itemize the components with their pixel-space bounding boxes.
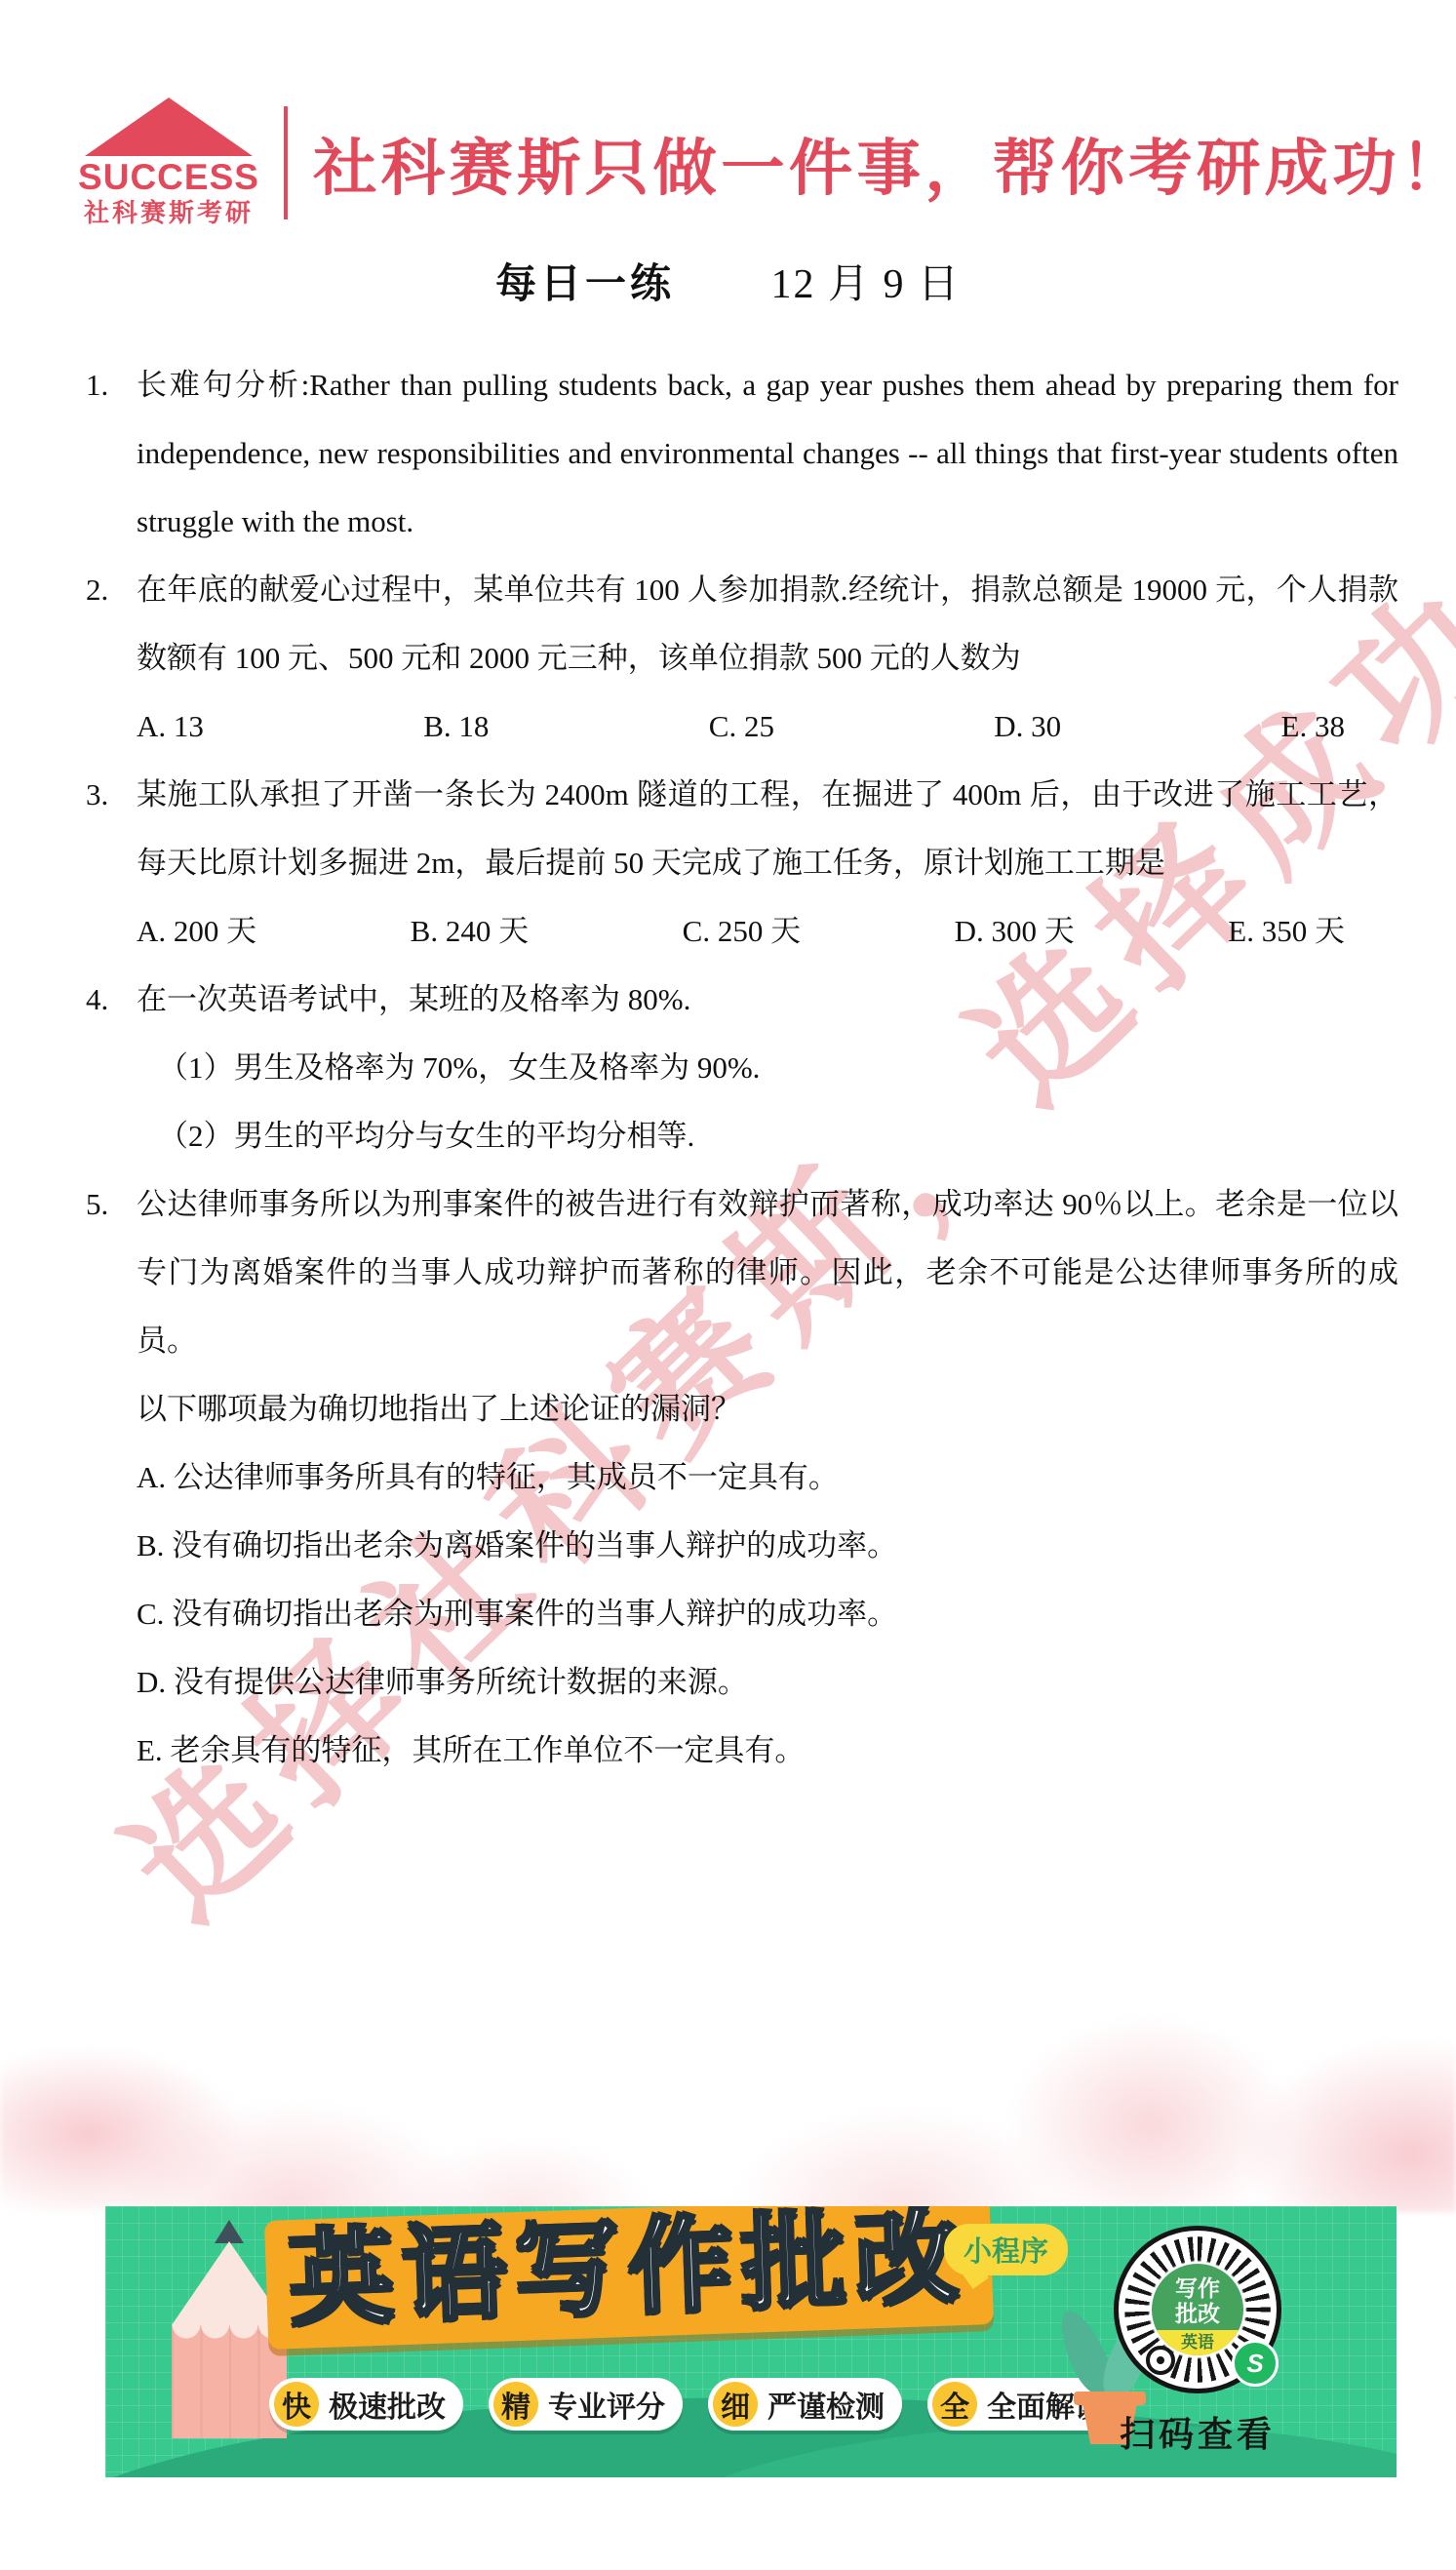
qr-center-label: 写作 批改 英语 <box>1152 2264 1243 2355</box>
scan-hint: 扫码查看 <box>1110 2407 1285 2457</box>
option-d: D. 300 天 <box>955 897 1075 966</box>
mini-program-tag: 小程序 <box>944 2224 1068 2275</box>
feature-label: 严谨检测 <box>767 2383 885 2426</box>
questions-section: 1. 长难句分析:Rather than pulling students ba… <box>86 351 1398 1785</box>
sub-condition-2: （2）男生的平均分与女生的平均分相等. <box>137 1102 1398 1170</box>
option-d: D. 30 <box>994 692 1061 761</box>
feature-label: 极速批改 <box>329 2383 446 2426</box>
roof-icon <box>85 98 253 156</box>
feature-icon: 精 <box>493 2382 538 2427</box>
question-1: 1. 长难句分析:Rather than pulling students ba… <box>86 351 1398 556</box>
question-text: 某施工队承担了开凿一条长为 2400m 隧道的工程，在掘进了 400m 后，由于… <box>137 761 1398 897</box>
feature-label: 专业评分 <box>548 2383 665 2426</box>
question-number: 3. <box>86 761 137 966</box>
question-text: 在年底的献爱心过程中，某单位共有 100 人参加捐款.经统计，捐款总额是 190… <box>137 556 1398 692</box>
banner-title-text: 英语写作批改 <box>288 2206 970 2338</box>
page-title-date: 12 月 9 日 <box>771 262 962 307</box>
qr-code-block: 写作 批改 英语 S 扫码查看 <box>1110 2226 1285 2457</box>
brand-subtitle: 社科赛斯考研 <box>73 197 264 228</box>
mini-program-logo-icon: S <box>1232 2340 1279 2387</box>
option-e: E. 350 天 <box>1228 897 1345 966</box>
option-e: E. 38 <box>1281 692 1345 761</box>
sub-condition-1: （1）男生及格率为 70%，女生及格率为 90%. <box>137 1034 1398 1102</box>
option-a: A. 200 天 <box>137 897 256 966</box>
watercolor-splash-decoration <box>0 2017 1456 2212</box>
promo-banner: 英语写作批改 小程序 快 极速批改 精 专业评分 细 严谨检测 全 全面解读 <box>105 2206 1397 2477</box>
qr-eye-icon <box>1146 2346 1175 2375</box>
feature-badge-speed: 快 极速批改 <box>269 2378 463 2431</box>
question-text: 在一次英语考试中，某班的及格率为 80%. <box>137 966 1398 1034</box>
feature-badge-precision: 精 专业评分 <box>489 2378 683 2431</box>
page-title: 每日一练 12 月 9 日 <box>0 252 1456 310</box>
question-number: 5. <box>86 1170 137 1785</box>
option-a: A. 公达律师事务所具有的特征，其成员不一定具有。 <box>137 1443 1398 1512</box>
qr-code: 写作 批改 英语 S <box>1114 2226 1281 2393</box>
option-a: A. 13 <box>137 692 204 761</box>
option-e: E. 老余具有的特征，其所在工作单位不一定具有。 <box>137 1717 1398 1785</box>
question-5: 5. 公达律师事务所以为刑事案件的被告进行有效辩护而著称，成功率达 90％以上。… <box>86 1170 1398 1785</box>
question-4: 4. 在一次英语考试中，某班的及格率为 80%. （1）男生及格率为 70%，女… <box>86 966 1398 1170</box>
option-b: B. 没有确切指出老余为离婚案件的当事人辩护的成功率。 <box>137 1512 1398 1580</box>
header-slogan: 社科赛斯只做一件事，帮你考研成功！ <box>313 119 1456 208</box>
feature-icon: 全 <box>932 2382 977 2427</box>
header-divider <box>284 106 288 219</box>
brand-name: SUCCESS <box>73 158 264 197</box>
question-prompt: 以下哪项最为确切地指出了上述论证的漏洞？ <box>137 1375 1398 1443</box>
options-row: A. 200 天 B. 240 天 C. 250 天 D. 300 天 E. 3… <box>137 897 1398 966</box>
option-c: C. 没有确切指出老余为刑事案件的当事人辩护的成功率。 <box>137 1580 1398 1648</box>
question-text: 公达律师事务所以为刑事案件的被告进行有效辩护而著称，成功率达 90％以上。老余是… <box>137 1170 1398 1375</box>
page-title-main: 每日一练 <box>495 259 675 307</box>
option-b: B. 18 <box>423 692 489 761</box>
feature-badge-rigor: 细 严谨检测 <box>708 2378 902 2431</box>
question-number: 4. <box>86 966 137 1170</box>
practice-sheet-page: SUCCESS 社科赛斯考研 社科赛斯只做一件事，帮你考研成功！ 每日一练 12… <box>0 0 1456 2570</box>
option-c: C. 250 天 <box>683 897 801 966</box>
option-d: D. 没有提供公达律师事务所统计数据的来源。 <box>137 1648 1398 1717</box>
options-row: A. 13 B. 18 C. 25 D. 30 E. 38 <box>137 692 1398 761</box>
question-2: 2. 在年底的献爱心过程中，某单位共有 100 人参加捐款.经统计，捐款总额是 … <box>86 556 1398 761</box>
option-b: B. 240 天 <box>411 897 529 966</box>
question-number: 2. <box>86 556 137 761</box>
feature-badges: 快 极速批改 精 专业评分 细 严谨检测 全 全面解读 <box>269 2378 1122 2431</box>
question-3: 3. 某施工队承担了开凿一条长为 2400m 隧道的工程，在掘进了 400m 后… <box>86 761 1398 966</box>
feature-icon: 细 <box>713 2382 758 2427</box>
header: SUCCESS 社科赛斯考研 社科赛斯只做一件事，帮你考研成功！ <box>73 98 1407 228</box>
question-text: 长难句分析:Rather than pulling students back,… <box>137 351 1398 556</box>
question-number: 1. <box>86 351 137 556</box>
option-c: C. 25 <box>709 692 774 761</box>
brand-logo: SUCCESS 社科赛斯考研 <box>73 98 264 228</box>
feature-icon: 快 <box>274 2382 319 2427</box>
banner-title: 英语写作批改 <box>264 2206 994 2350</box>
